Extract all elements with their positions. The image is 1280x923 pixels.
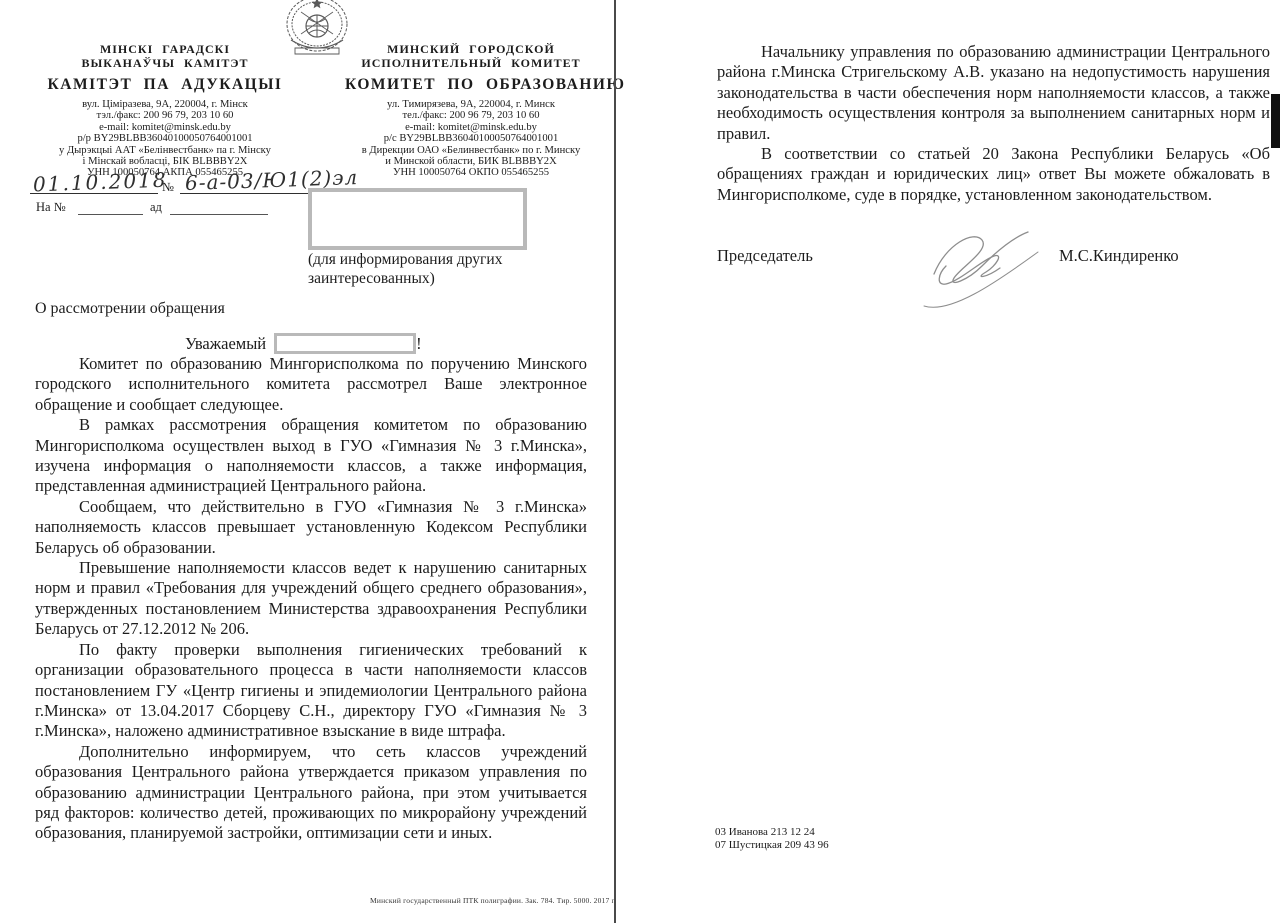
left-page: МІНСКІ ГАРАДСКІ ВЫКАНАЎЧЫ КАМІТЭТ КАМІТЭ… [0, 0, 614, 923]
reply-from-label: ад [150, 200, 162, 215]
recipient-note-line2: заинтересованных) [308, 270, 548, 289]
paragraph: В соответствии со статьей 20 Закона Респ… [717, 144, 1270, 205]
bank-line: в Дирекции ОАО «Белинвестбанк» по г. Мин… [345, 145, 597, 156]
address-line: ул. Тимирязева, 9А, 220004, г. Минск [345, 99, 597, 110]
number-sign: № [162, 180, 174, 195]
right-page-body: Начальнику управления по образованию адм… [717, 42, 1270, 205]
email-line: e-mail: komitet@minsk.edu.by [345, 122, 597, 133]
letterhead-ru-details: ул. Тимирязева, 9А, 220004, г. Минск тел… [345, 99, 597, 179]
reply-number-underline [78, 214, 143, 215]
org-name-ru-line2: ИСПОЛНИТЕЛЬНЫЙ КОМИТЕТ [345, 56, 597, 70]
salutation-suffix: ! [416, 334, 422, 354]
letterhead-russian: МИНСКИЙ ГОРОДСКОЙ ИСПОЛНИТЕЛЬНЫЙ КОМИТЕТ… [345, 42, 597, 179]
date-underline [30, 193, 158, 194]
paragraph: Дополнительно информируем, что сеть клас… [35, 742, 587, 844]
committee-title-ru: КОМИТЕТ ПО ОБРАЗОВАНИЮ [345, 76, 597, 94]
executor-line: 03 Иванова 213 12 24 [715, 826, 829, 839]
org-name-ru-line1: МИНСКИЙ ГОРОДСКОЙ [345, 42, 597, 56]
subject-line: О рассмотрении обращения [35, 300, 225, 318]
org-name-by-line2: ВЫКАНАЎЧЫ КАМІТЭТ [30, 56, 300, 70]
reply-to-label: На № [36, 200, 66, 215]
reply-date-underline [170, 214, 268, 215]
address-line: вул. Цімiразева, 9А, 220004, г. Мінск [30, 99, 300, 110]
recipient-note: (для информирования других заинтересован… [308, 251, 548, 288]
paragraph: Сообщаем, что действительно в ГУО «Гимна… [35, 497, 587, 558]
paragraph: Начальнику управления по образованию адм… [717, 42, 1270, 144]
org-name-by-line1: МІНСКІ ГАРАДСКІ [30, 42, 300, 56]
phone-line: тел./факс: 200 96 79, 203 10 60 [345, 110, 597, 121]
paragraph: Комитет по образованию Мингорисполкома п… [35, 354, 587, 415]
paragraph: В рамках рассмотрения обращения комитето… [35, 415, 587, 497]
signer-name: М.С.Киндиренко [1059, 246, 1179, 266]
signer-title: Председатель [717, 246, 813, 266]
scanned-letter: МІНСКІ ГАРАДСКІ ВЫКАНАЎЧЫ КАМІТЭТ КАМІТЭ… [0, 0, 1280, 923]
phone-line: тэл./факс: 200 96 79, 203 10 60 [30, 110, 300, 121]
signature-icon [916, 222, 1046, 312]
salutation-line: Уважаемый ! [185, 333, 422, 354]
letterhead-belarusian: МІНСКІ ГАРАДСКІ ВЫКАНАЎЧЫ КАМІТЭТ КАМІТЭ… [30, 42, 300, 179]
okpo-line: УНН 100050764 ОКПО 055465255 [345, 167, 597, 178]
print-house-footer: Минский государственный ПТК полиграфии. … [368, 896, 618, 905]
executor-line: 07 Шустицкая 209 43 96 [715, 839, 829, 852]
scan-edge-artifact [1271, 94, 1280, 148]
paragraph: По факту проверки выполнения гигиеническ… [35, 640, 587, 742]
bik-line: і Мінскай вобласці, БІК BLBBBY2X [30, 156, 300, 167]
account-line: р/с BY29BLBB36040100050764001001 [345, 133, 597, 144]
bik-line: и Минской области, БИК BLBBBY2X [345, 156, 597, 167]
left-page-body: Комитет по образованию Мингорисполкома п… [35, 354, 587, 844]
redacted-name-box [274, 333, 416, 354]
bank-line: у Дырэкцыі ААТ «Белінвестбанк» па г. Мін… [30, 145, 300, 156]
executor-contacts: 03 Иванова 213 12 24 07 Шустицкая 209 43… [715, 826, 829, 852]
email-line: e-mail: komitet@minsk.edu.by [30, 122, 300, 133]
right-page: Начальнику управления по образованию адм… [616, 0, 1280, 923]
account-line: р/р BY29BLBB36040100050764001001 [30, 133, 300, 144]
salutation-prefix: Уважаемый [185, 334, 266, 354]
paragraph: Превышение наполняемости классов ведет к… [35, 558, 587, 640]
redacted-addressee-box [308, 188, 527, 250]
recipient-note-line1: (для информирования других [308, 251, 548, 270]
committee-title-by: КАМІТЭТ ПА АДУКАЦЫІ [30, 76, 300, 94]
